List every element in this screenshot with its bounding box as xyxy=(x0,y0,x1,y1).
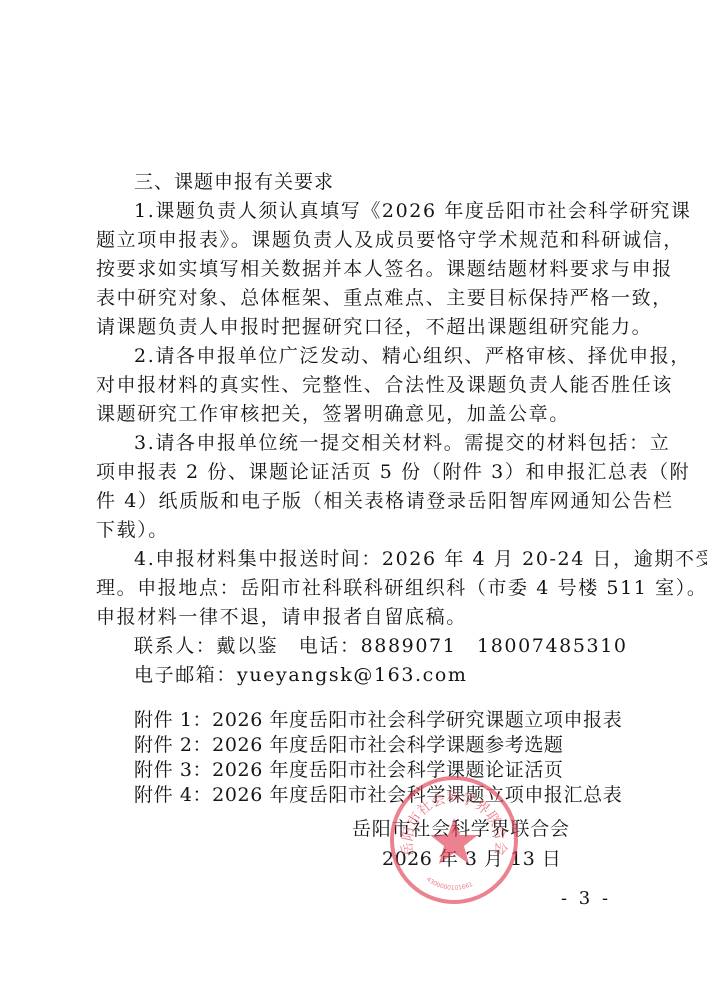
contact-person-phone: 联系人：戴以鉴 电话：8889071 18007485310 xyxy=(134,632,612,661)
svg-text:4300000101661: 4300000101661 xyxy=(425,876,474,892)
paragraph-4-line-2: 理。申报地点：岳阳市社科联科研组织科（市委 4 号楼 511 室）。 xyxy=(96,574,612,603)
paragraph-4-line-1: 4.申报材料集中报送时间：2026 年 4 月 20-24 日，逾期不受 xyxy=(134,545,612,574)
paragraph-2-line-1: 2.请各申报单位广泛发动、精心组织、严格审核、择优申报， xyxy=(134,342,612,371)
paragraph-4-line-3: 申报材料一律不退，请申报者自留底稿。 xyxy=(96,603,612,632)
paragraph-3-line-3: 件 4）纸质版和电子版（相关表格请登录岳阳智库网通知公告栏 xyxy=(96,487,612,516)
paragraph-2-line-3: 课题研究工作审核把关，签署明确意见，加盖公章。 xyxy=(96,400,612,429)
document-page: 三、课题申报有关要求 1.课题负责人须认真填写《2026 年度岳阳市社会科学研究… xyxy=(0,0,707,1000)
page-number: - 3 - xyxy=(561,884,707,913)
signature-date: 2026 年 3 月 13 日 xyxy=(382,845,707,874)
paragraph-3-line-1: 3.请各申报单位统一提交相关材料。需提交的材料包括：立 xyxy=(134,429,612,458)
contact-email: 电子邮箱：yueyangsk@163.com xyxy=(134,661,612,690)
paragraph-1-line-4: 表中研究对象、总体框架、重点难点、主要目标保持严格一致， xyxy=(96,284,612,313)
signature-organization: 岳阳市社会科学界联合会 xyxy=(352,815,707,844)
section-heading: 三、课题申报有关要求 xyxy=(134,168,650,197)
paragraph-1-line-3: 按要求如实填写相关数据并本人签名。课题结题材料要求与申报 xyxy=(96,255,612,284)
paragraph-3-line-4: 下载）。 xyxy=(96,516,612,545)
attachment-4: 附件 4：2026 年度岳阳市社会科学课题立项申报汇总表 xyxy=(134,781,650,810)
paragraph-1-line-1: 1.课题负责人须认真填写《2026 年度岳阳市社会科学研究课 xyxy=(134,197,612,226)
paragraph-1-line-2: 题立项申报表》。课题负责人及成员要恪守学术规范和科研诚信， xyxy=(96,226,612,255)
paragraph-2-line-2: 对申报材料的真实性、完整性、合法性及课题负责人能否胜任该 xyxy=(96,371,612,400)
paragraph-3-line-2: 项申报表 2 份、课题论证活页 5 份（附件 3）和申报汇总表（附 xyxy=(96,458,612,487)
paragraph-1-line-5: 请课题负责人申报时把握研究口径，不超出课题组研究能力。 xyxy=(96,313,612,342)
